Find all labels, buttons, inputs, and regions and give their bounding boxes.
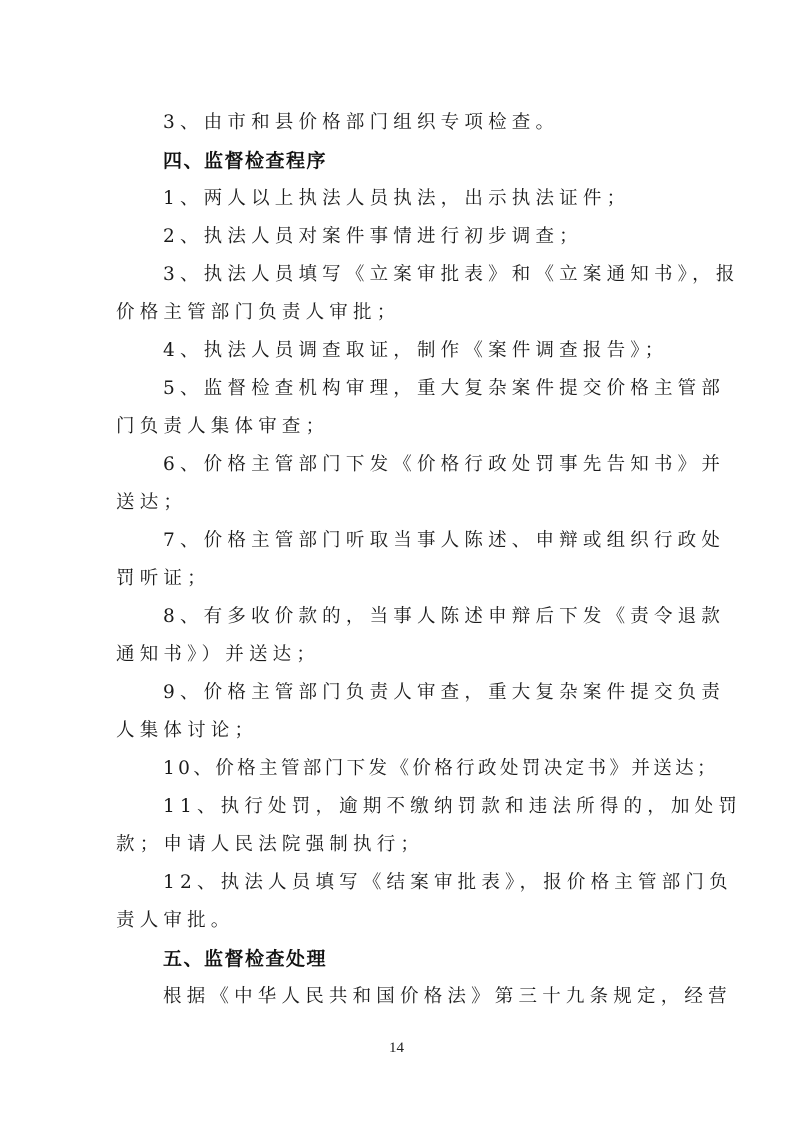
paragraph-line: 5、监督检查机构审理，重大复杂案件提交价格主管部	[163, 378, 725, 400]
paragraph-line: 门负责人集体审查；	[116, 416, 678, 438]
page-number: 14	[0, 1040, 793, 1057]
paragraph-line: 1、两人以上执法人员执法，出示执法证件；	[163, 188, 725, 210]
paragraph-line: 6、价格主管部门下发《价格行政处罚事先告知书》并	[163, 454, 725, 476]
paragraph-line: 通知书》）并送达；	[116, 644, 678, 666]
paragraph-line: 价格主管部门负责人审批；	[116, 302, 678, 324]
document-page: 3、由市和县价格部门组织专项检查。 四、监督检查程序 1、两人以上执法人员执法，…	[0, 0, 793, 1122]
section-heading: 五、监督检查处理	[163, 948, 725, 970]
paragraph-line: 4、执法人员调查取证，制作《案件调查报告》；	[163, 340, 725, 362]
section-heading: 四、监督检查程序	[163, 150, 725, 172]
paragraph-line: 3、由市和县价格部门组织专项检查。	[163, 112, 725, 134]
paragraph-line: 12、执法人员填写《结案审批表》，报价格主管部门负	[163, 872, 725, 894]
paragraph-line: 罚听证；	[116, 568, 678, 590]
paragraph-line: 根据《中华人民共和国价格法》第三十九条规定，经营	[163, 986, 725, 1008]
paragraph-line: 人集体讨论；	[116, 720, 678, 742]
paragraph-line: 7、价格主管部门听取当事人陈述、申辩或组织行政处	[163, 530, 725, 552]
paragraph-line: 9、价格主管部门负责人审查，重大复杂案件提交负责	[163, 682, 725, 704]
paragraph-line: 10、价格主管部门下发《价格行政处罚决定书》并送达；	[163, 758, 725, 780]
paragraph-line: 3、执法人员填写《立案审批表》和《立案通知书》，报	[163, 264, 725, 286]
paragraph-line: 11、执行处罚，逾期不缴纳罚款和违法所得的，加处罚	[163, 796, 725, 818]
paragraph-line: 责人审批。	[116, 910, 678, 932]
paragraph-line: 款；申请人民法院强制执行；	[116, 834, 678, 856]
paragraph-line: 2、执法人员对案件事情进行初步调查；	[163, 226, 725, 248]
paragraph-line: 送达；	[116, 492, 678, 514]
paragraph-line: 8、有多收价款的，当事人陈述申辩后下发《责令退款	[163, 606, 725, 628]
